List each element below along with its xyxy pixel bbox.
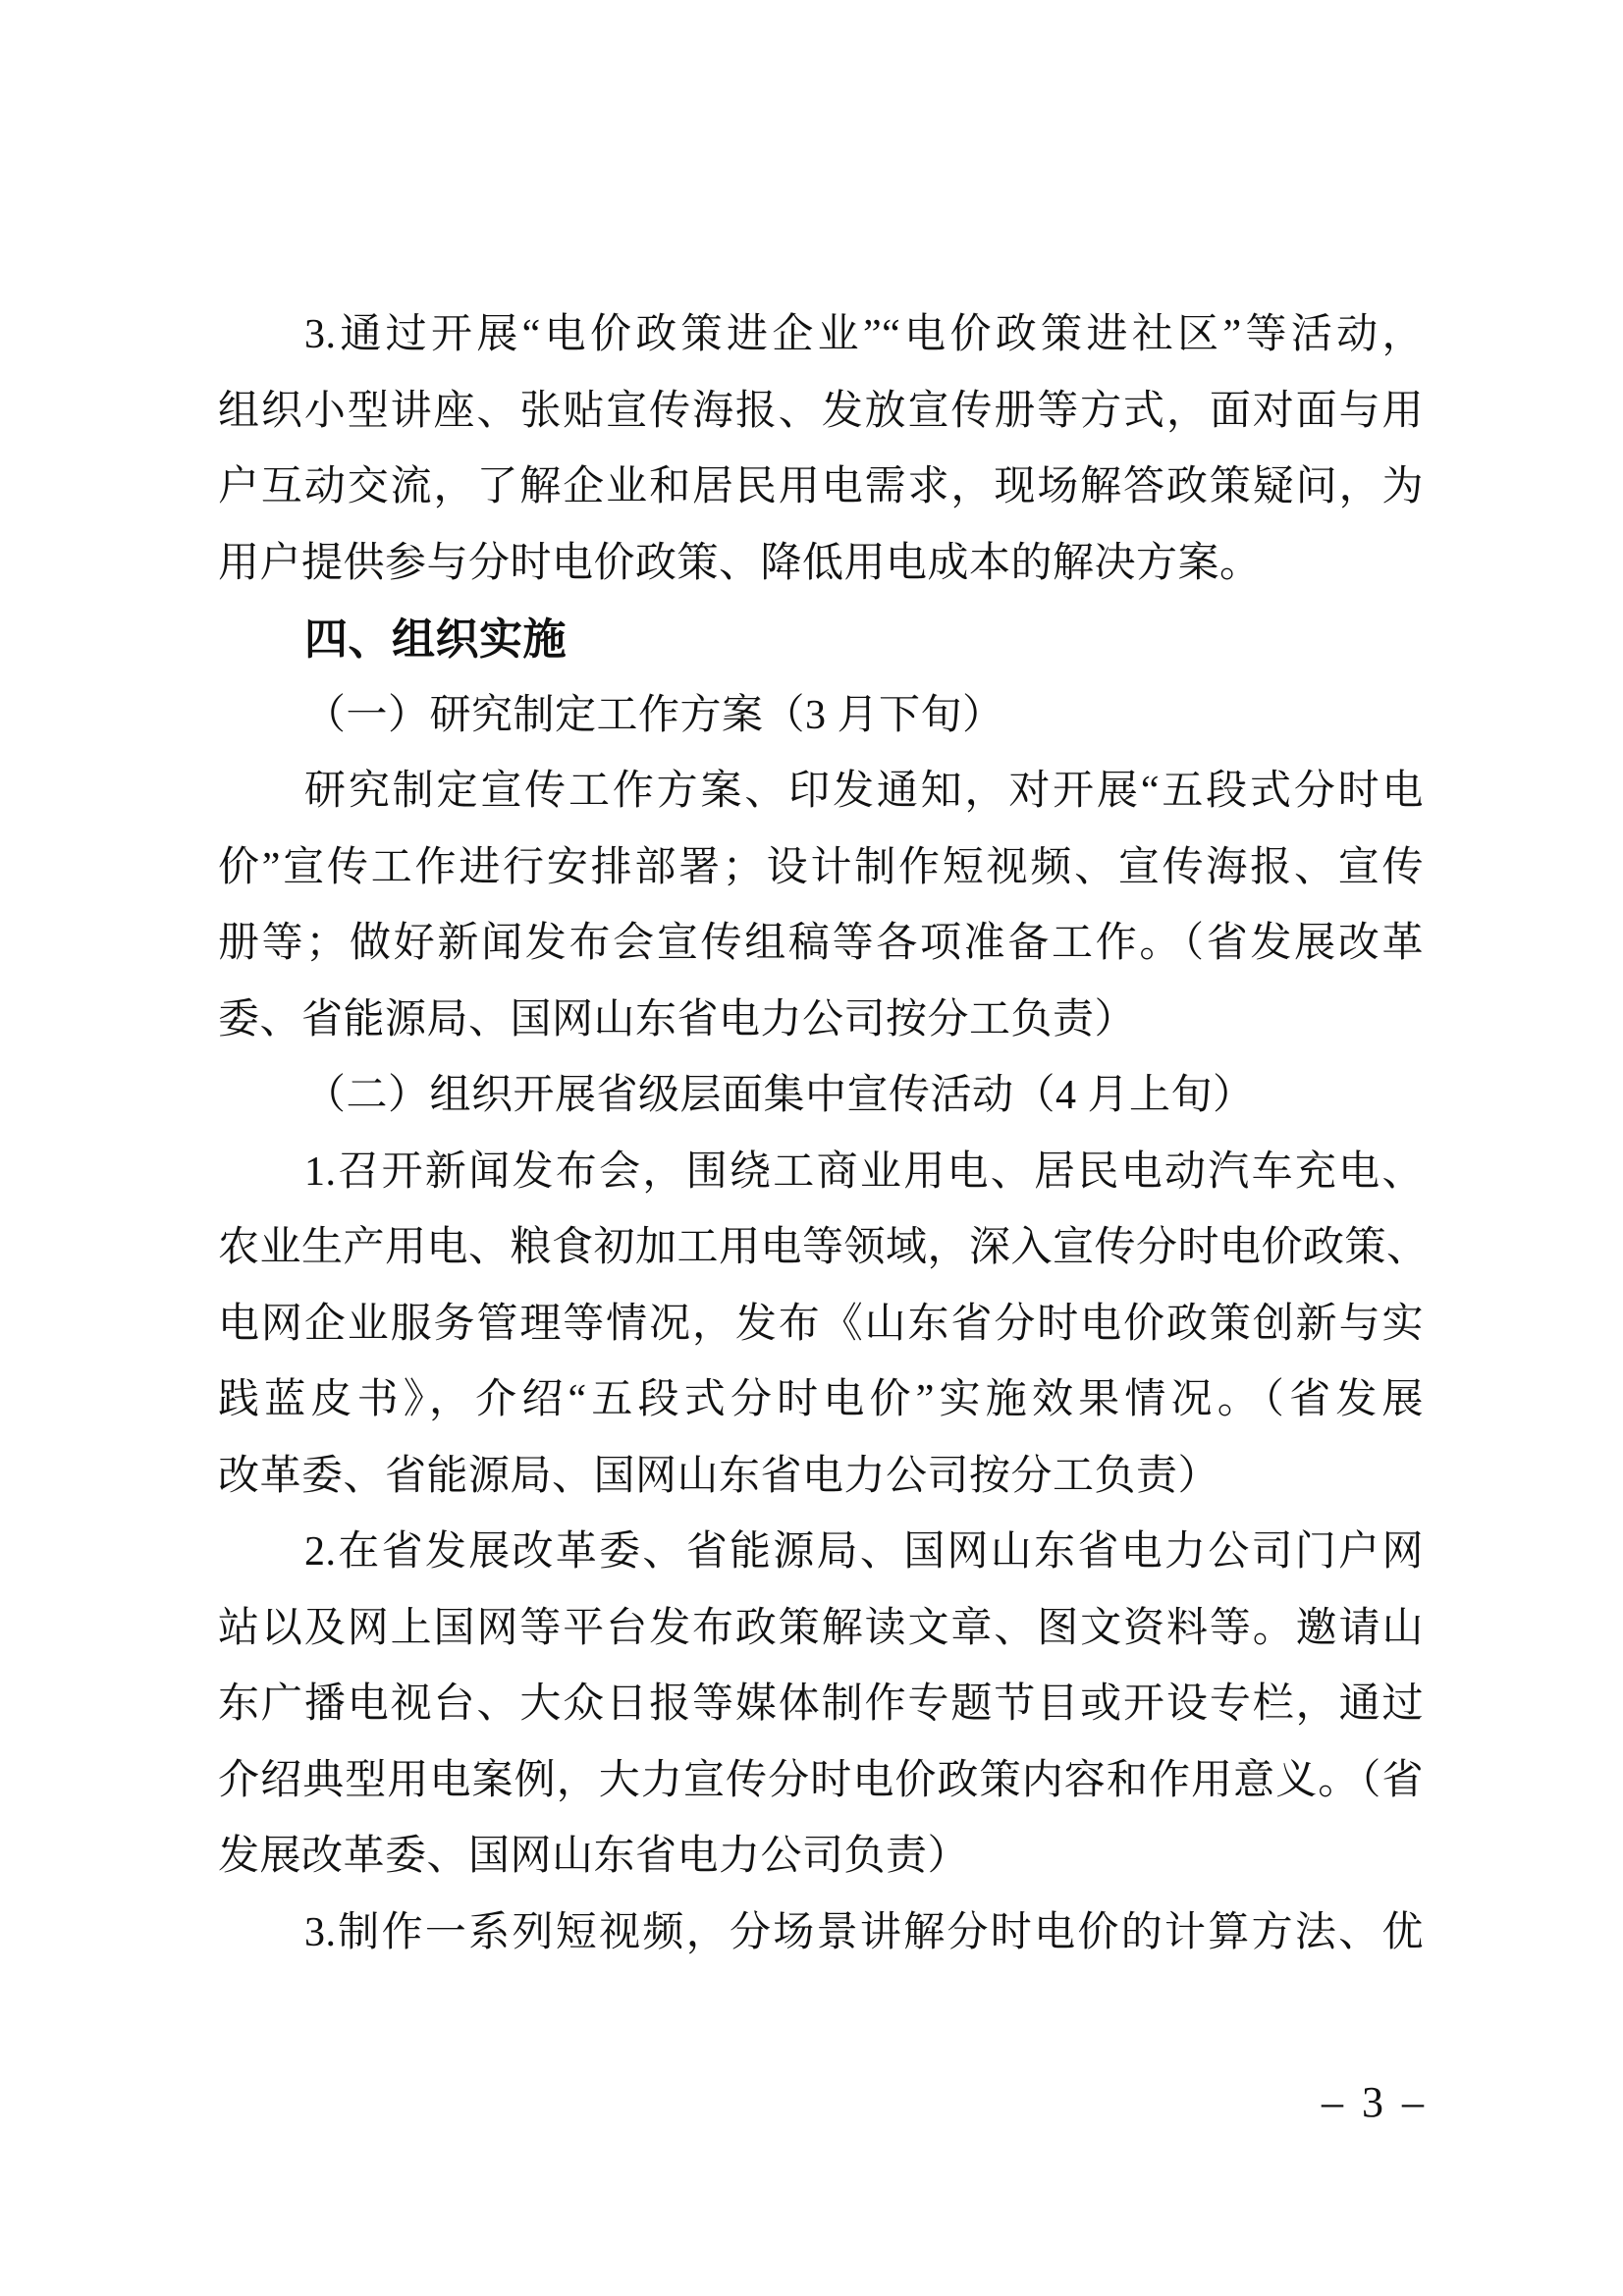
paragraph-line: 农业生产用电、粮食初加工用电等领域，深入宣传分时电价政策、	[218, 1210, 1424, 1287]
paragraph-line: 站以及网上国网等平台发布政策解读文章、图文资料等。邀请山	[218, 1591, 1424, 1668]
document-body: 3.通过开展“电价政策进企业”“电价政策进社区”等活动， 组织小型讲座、张贴宣传…	[218, 297, 1424, 1971]
paragraph-line: 研究制定宣传工作方案、印发通知，对开展“五段式分时电	[218, 754, 1424, 830]
paragraph-line: 用户提供参与分时电价政策、降低用电成本的解决方案。	[218, 526, 1424, 603]
paragraph-line: 3.通过开展“电价政策进企业”“电价政策进社区”等活动，	[218, 297, 1424, 374]
paragraph-line: 2.在省发展改革委、省能源局、国网山东省电力公司门户网	[218, 1515, 1424, 1591]
paragraph-line: 册等；做好新闻发布会宣传组稿等各项准备工作。（省发展改革	[218, 906, 1424, 983]
document-page: 3.通过开展“电价政策进企业”“电价政策进社区”等活动， 组织小型讲座、张贴宣传…	[0, 0, 1623, 2296]
paragraph-line: 电网企业服务管理等情况，发布《山东省分时电价政策创新与实	[218, 1287, 1424, 1363]
subsection-heading: （一）研究制定工作方案（3 月下旬）	[218, 678, 1424, 755]
paragraph-line: 东广播电视台、大众日报等媒体制作专题节目或开设专栏，通过	[218, 1667, 1424, 1743]
paragraph-line: 发展改革委、国网山东省电力公司负责）	[218, 1819, 1424, 1896]
paragraph-line: 户互动交流，了解企业和居民用电需求，现场解答政策疑问，为	[218, 450, 1424, 526]
paragraph-line: 组织小型讲座、张贴宣传海报、发放宣传册等方式，面对面与用	[218, 374, 1424, 451]
section-heading: 四、组织实施	[218, 602, 1424, 678]
paragraph-line: 1.召开新闻发布会，围绕工商业用电、居民电动汽车充电、	[218, 1135, 1424, 1211]
paragraph-line: 价”宣传工作进行安排部署；设计制作短视频、宣传海报、宣传	[218, 830, 1424, 907]
paragraph-line: 践蓝皮书》，介绍“五段式分时电价”实施效果情况。（省发展	[218, 1362, 1424, 1439]
subsection-heading: （二）组织开展省级层面集中宣传活动（4 月上旬）	[218, 1058, 1424, 1135]
paragraph-line: 3.制作一系列短视频，分场景讲解分时电价的计算方法、优	[218, 1896, 1424, 1972]
paragraph-line: 介绍典型用电案例，大力宣传分时电价政策内容和作用意义。（省	[218, 1743, 1424, 1820]
page-number: – 3 –	[1322, 2073, 1428, 2132]
paragraph-line: 委、省能源局、国网山东省电力公司按分工负责）	[218, 983, 1424, 1059]
paragraph-line: 改革委、省能源局、国网山东省电力公司按分工负责）	[218, 1439, 1424, 1516]
